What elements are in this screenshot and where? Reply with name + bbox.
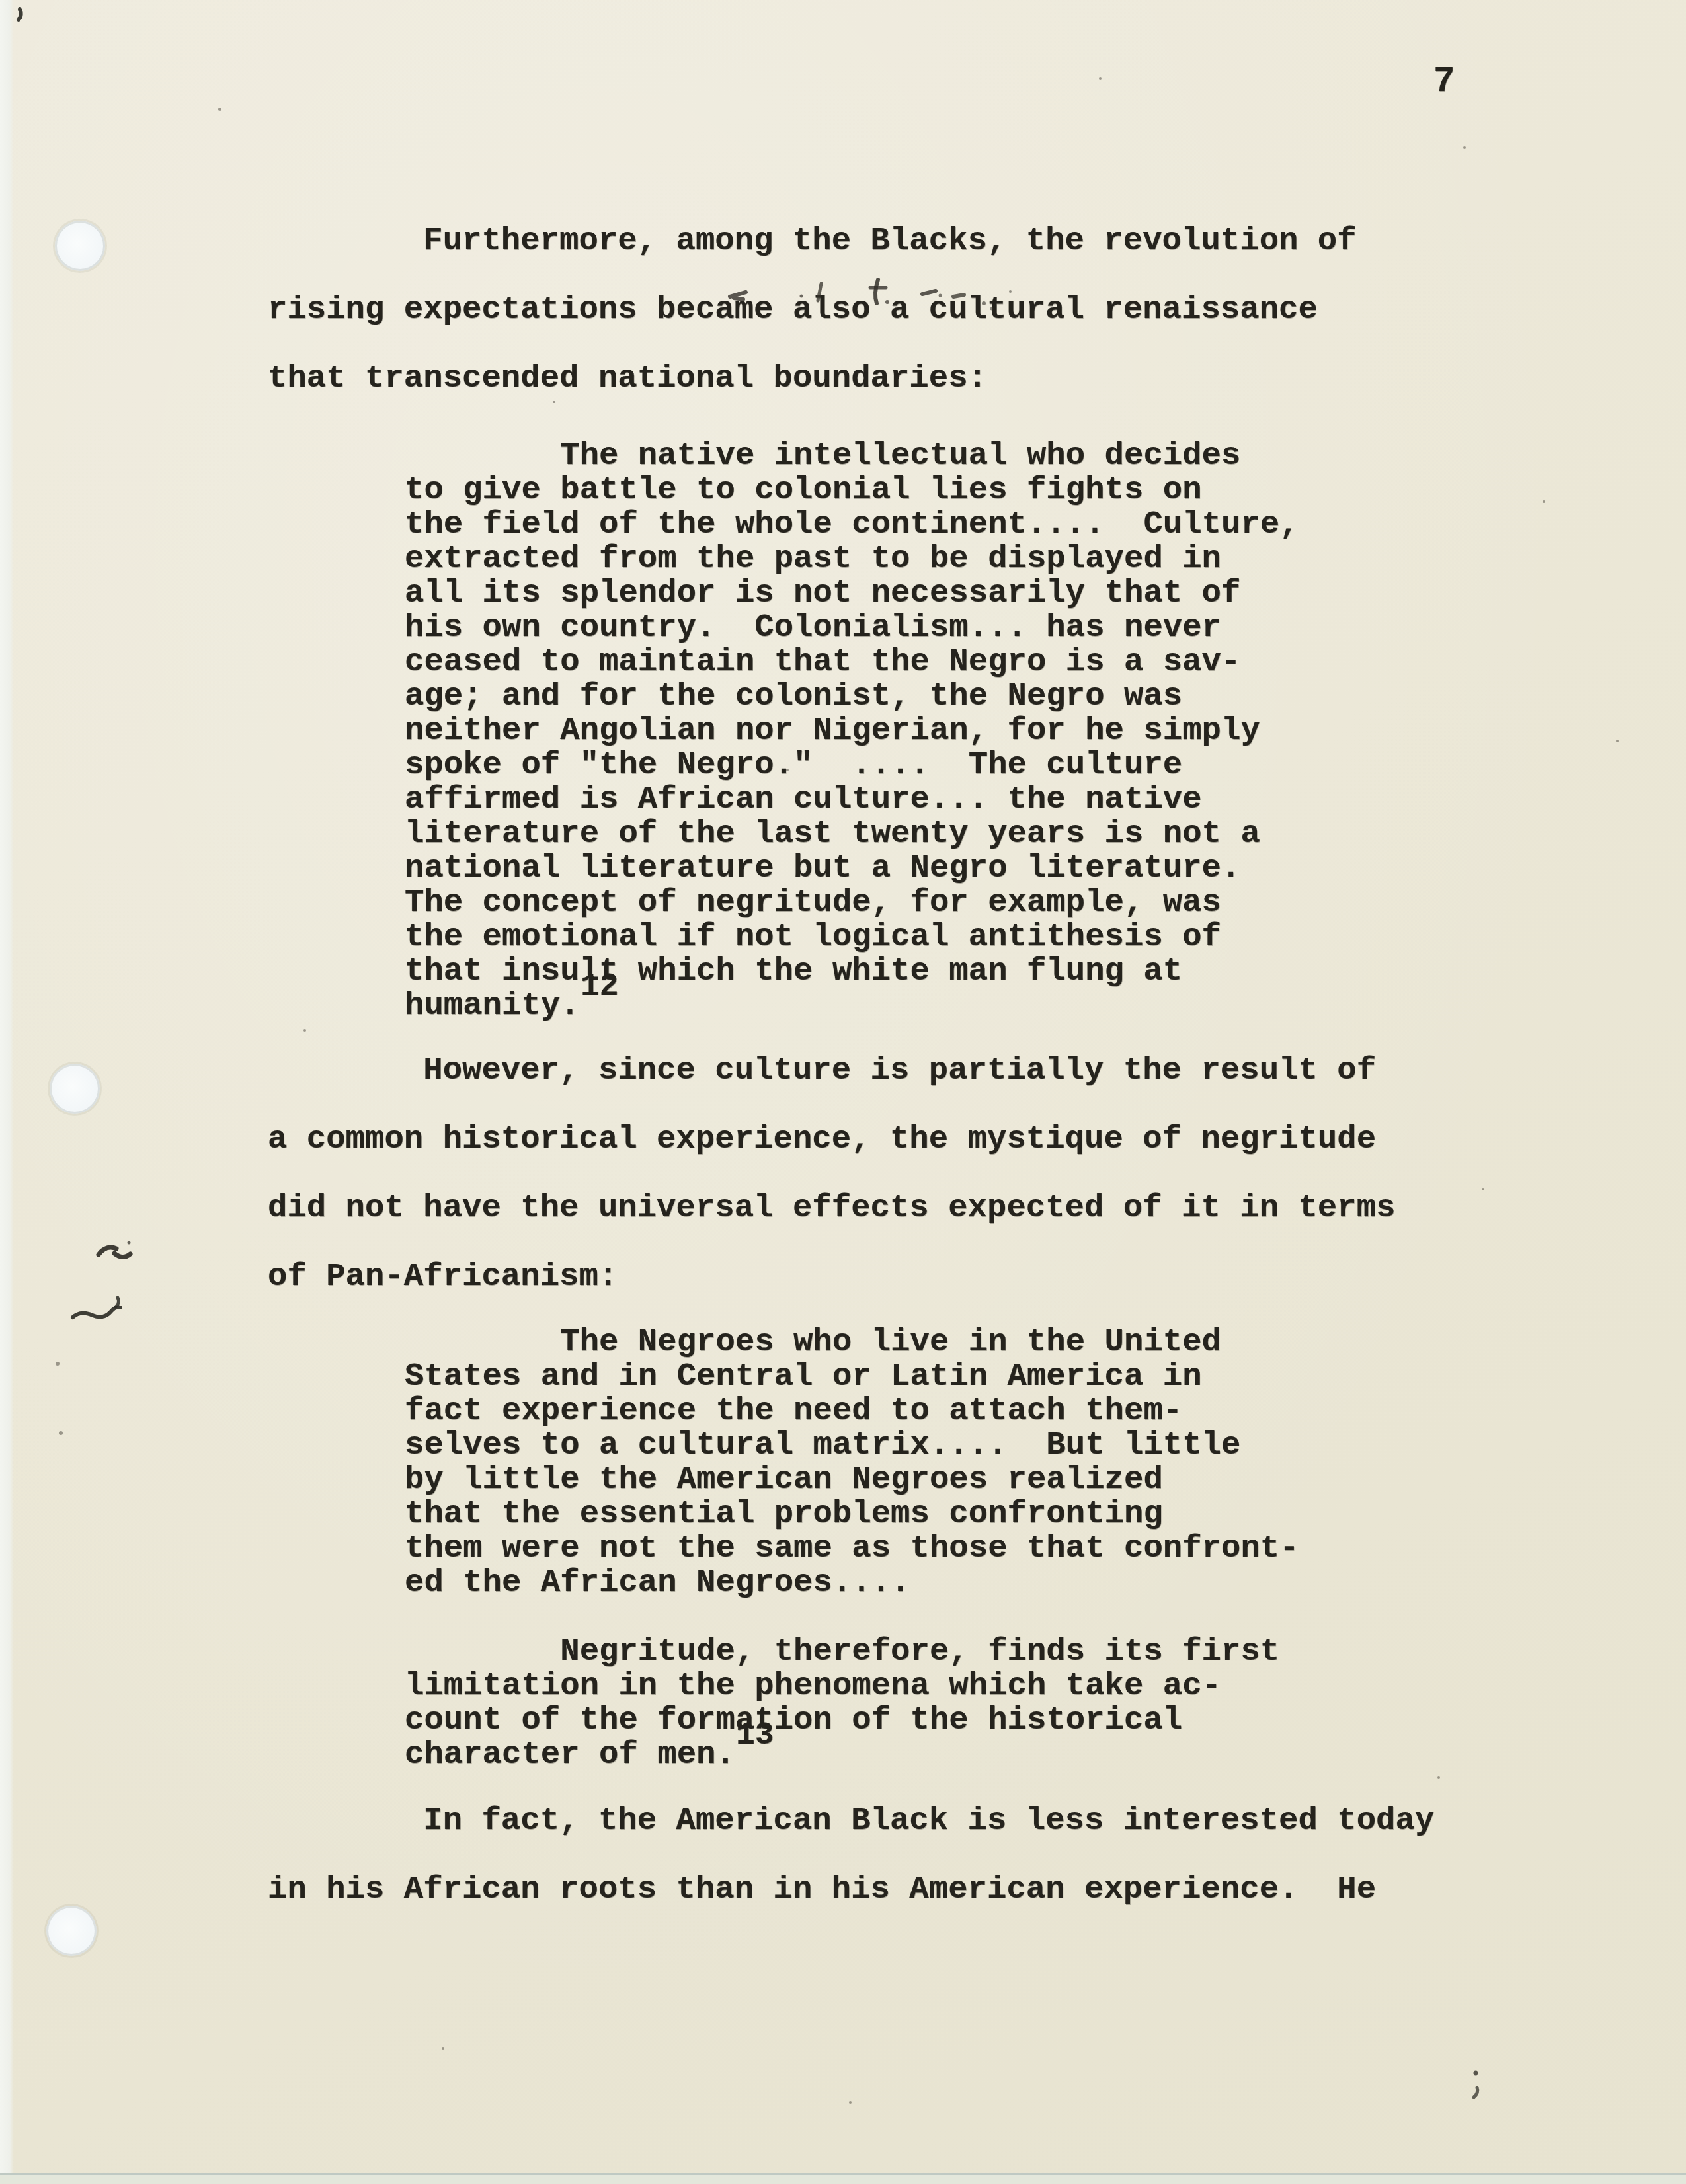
paragraph-2: However, since culture is partially the … [268, 1036, 1395, 1311]
pencil-squiggle [69, 1291, 135, 1325]
manuscript-page: 7 Furthermore, among the Blacks, the rev… [0, 0, 1686, 2184]
hole-punch-bottom [46, 1906, 97, 1956]
paragraph-3: In fact, the American Black is less inte… [268, 1786, 1434, 1924]
semicolon-mark [1469, 2068, 1486, 2101]
blockquote-2: The Negroes who live in the United State… [405, 1325, 1299, 1772]
ink-smudge-row [721, 274, 1031, 315]
hole-punch-middle [50, 1064, 100, 1114]
ink-blot-cluster [95, 1237, 137, 1265]
hole-punch-top [55, 221, 105, 271]
scan-edge-left [0, 0, 14, 2184]
footnote-ref-13: 13 [736, 1720, 774, 1752]
footnote-ref-12: 12 [581, 971, 619, 1003]
scan-edge-bottom [0, 2173, 1686, 2184]
page-number: 7 [1433, 65, 1455, 100]
corner-tick-mark [15, 7, 34, 33]
blockquote-1: The native intellectual who decides to g… [405, 438, 1299, 1023]
